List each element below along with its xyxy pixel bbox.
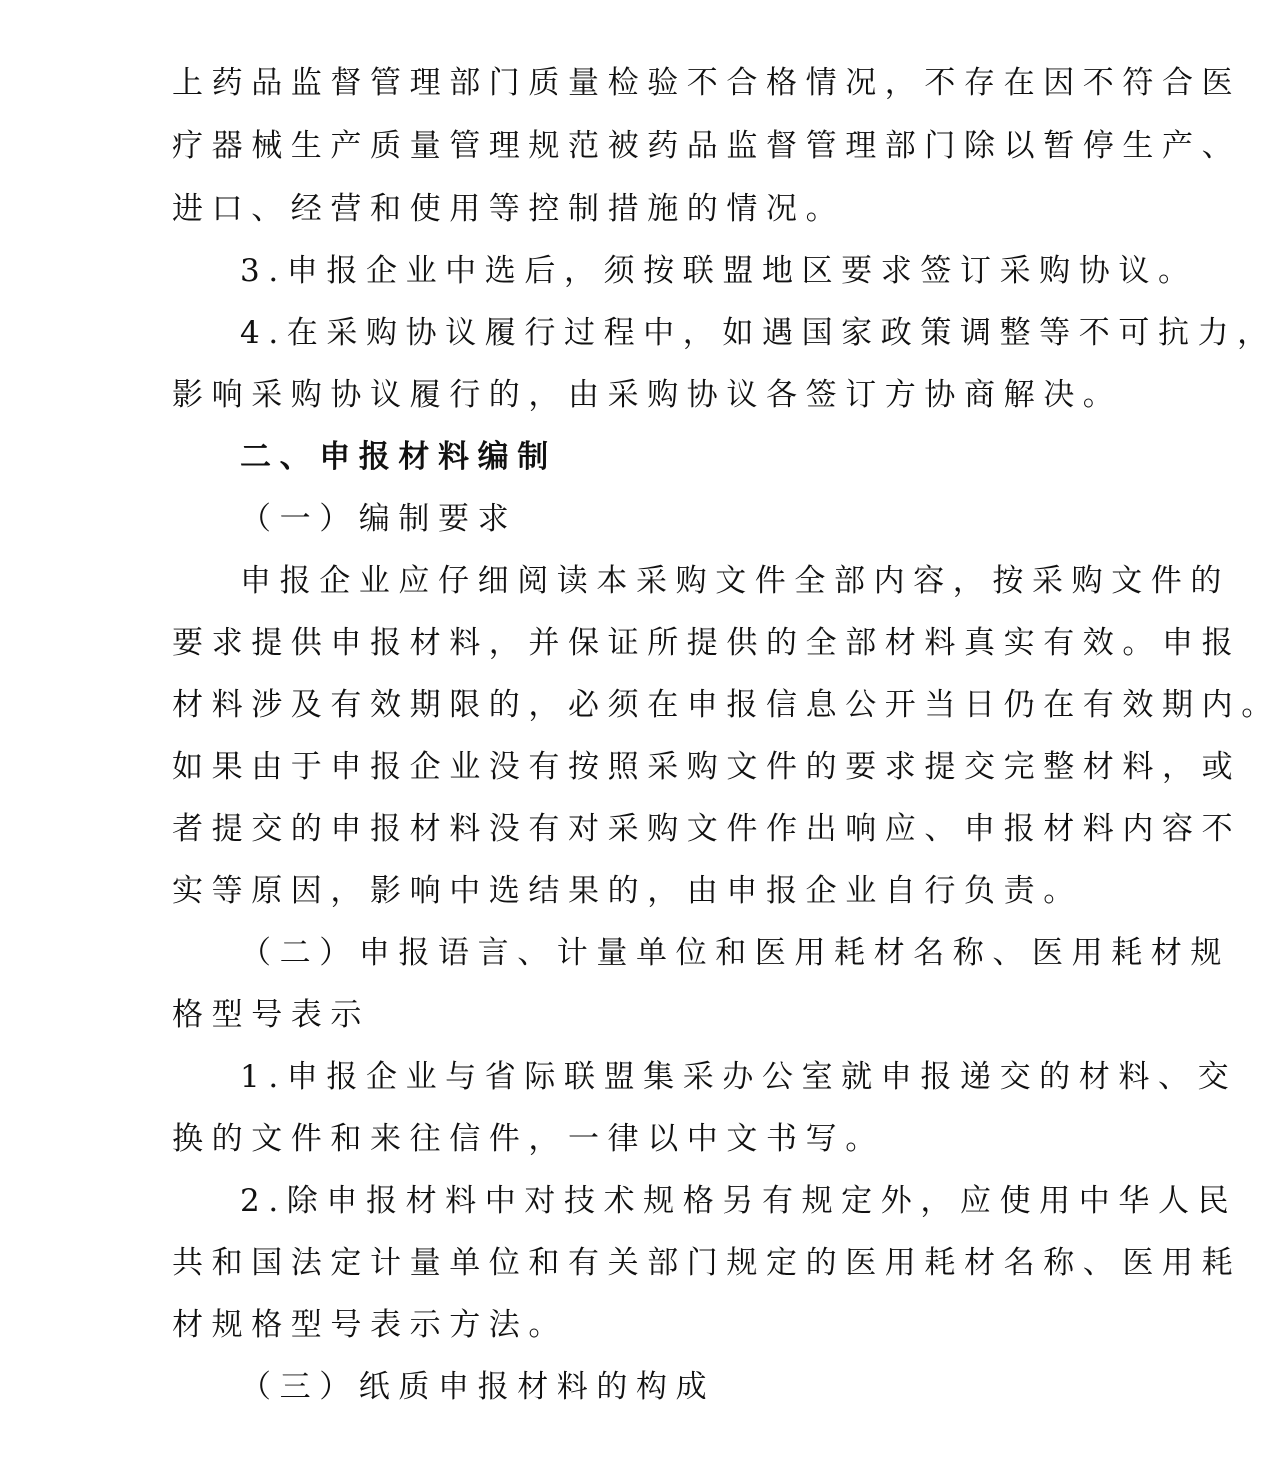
paragraph-line: 如果由于申报企业没有按照采购文件的要求提交完整材料，或 <box>172 736 1241 798</box>
text-line: 疗器械生产质量管理规范被药品监督管理部门除以暂停生产、 <box>172 115 1241 177</box>
text-line: 影响采购协议履行的，由采购协议各签订方协商解决。 <box>172 364 1122 426</box>
text-line: 共和国法定计量单位和有关部门规定的医用耗材名称、医用耗 <box>172 1232 1241 1294</box>
subsection-heading-cont: 格型号表示 <box>172 984 370 1046</box>
paragraph-line: 申报企业应仔细阅读本采购文件全部内容，按采购文件的 <box>240 550 1230 612</box>
section-heading: 二、申报材料编制 <box>240 426 557 488</box>
text-line: 换的文件和来往信件，一律以中文书写。 <box>172 1108 885 1170</box>
list-item-1: 1.申报企业与省际联盟集采办公室就申报递交的材料、交 <box>240 1046 1237 1108</box>
subsection-heading: （二）申报语言、计量单位和医用耗材名称、医用耗材规 <box>240 922 1230 984</box>
list-item-2: 2.除申报材料中对技术规格另有规定外，应使用中华人民 <box>240 1170 1237 1232</box>
list-item-3: 3.申报企业中选后，须按联盟地区要求签订采购协议。 <box>240 240 1198 302</box>
paragraph-line: 者提交的申报材料没有对采购文件作出响应、申报材料内容不 <box>172 798 1241 860</box>
text-line: 材规格型号表示方法。 <box>172 1294 568 1356</box>
list-item-4: 4.在采购协议履行过程中，如遇国家政策调整等不可抗力， <box>240 302 1277 364</box>
paragraph-line: 要求提供申报材料，并保证所提供的全部材料真实有效。申报 <box>172 612 1241 674</box>
paragraph-line: 材料涉及有效期限的，必须在申报信息公开当日仍在有效期内。 <box>172 674 1280 736</box>
subsection-heading: （一）编制要求 <box>240 488 517 550</box>
paragraph-line: 实等原因，影响中选结果的，由申报企业自行负责。 <box>172 860 1083 922</box>
text-line: 上药品监督管理部门质量检验不合格情况，不存在因不符合医 <box>172 52 1241 114</box>
subsection-heading: （三）纸质申报材料的构成 <box>240 1356 715 1418</box>
text-line: 进口、经营和使用等控制措施的情况。 <box>172 178 845 240</box>
